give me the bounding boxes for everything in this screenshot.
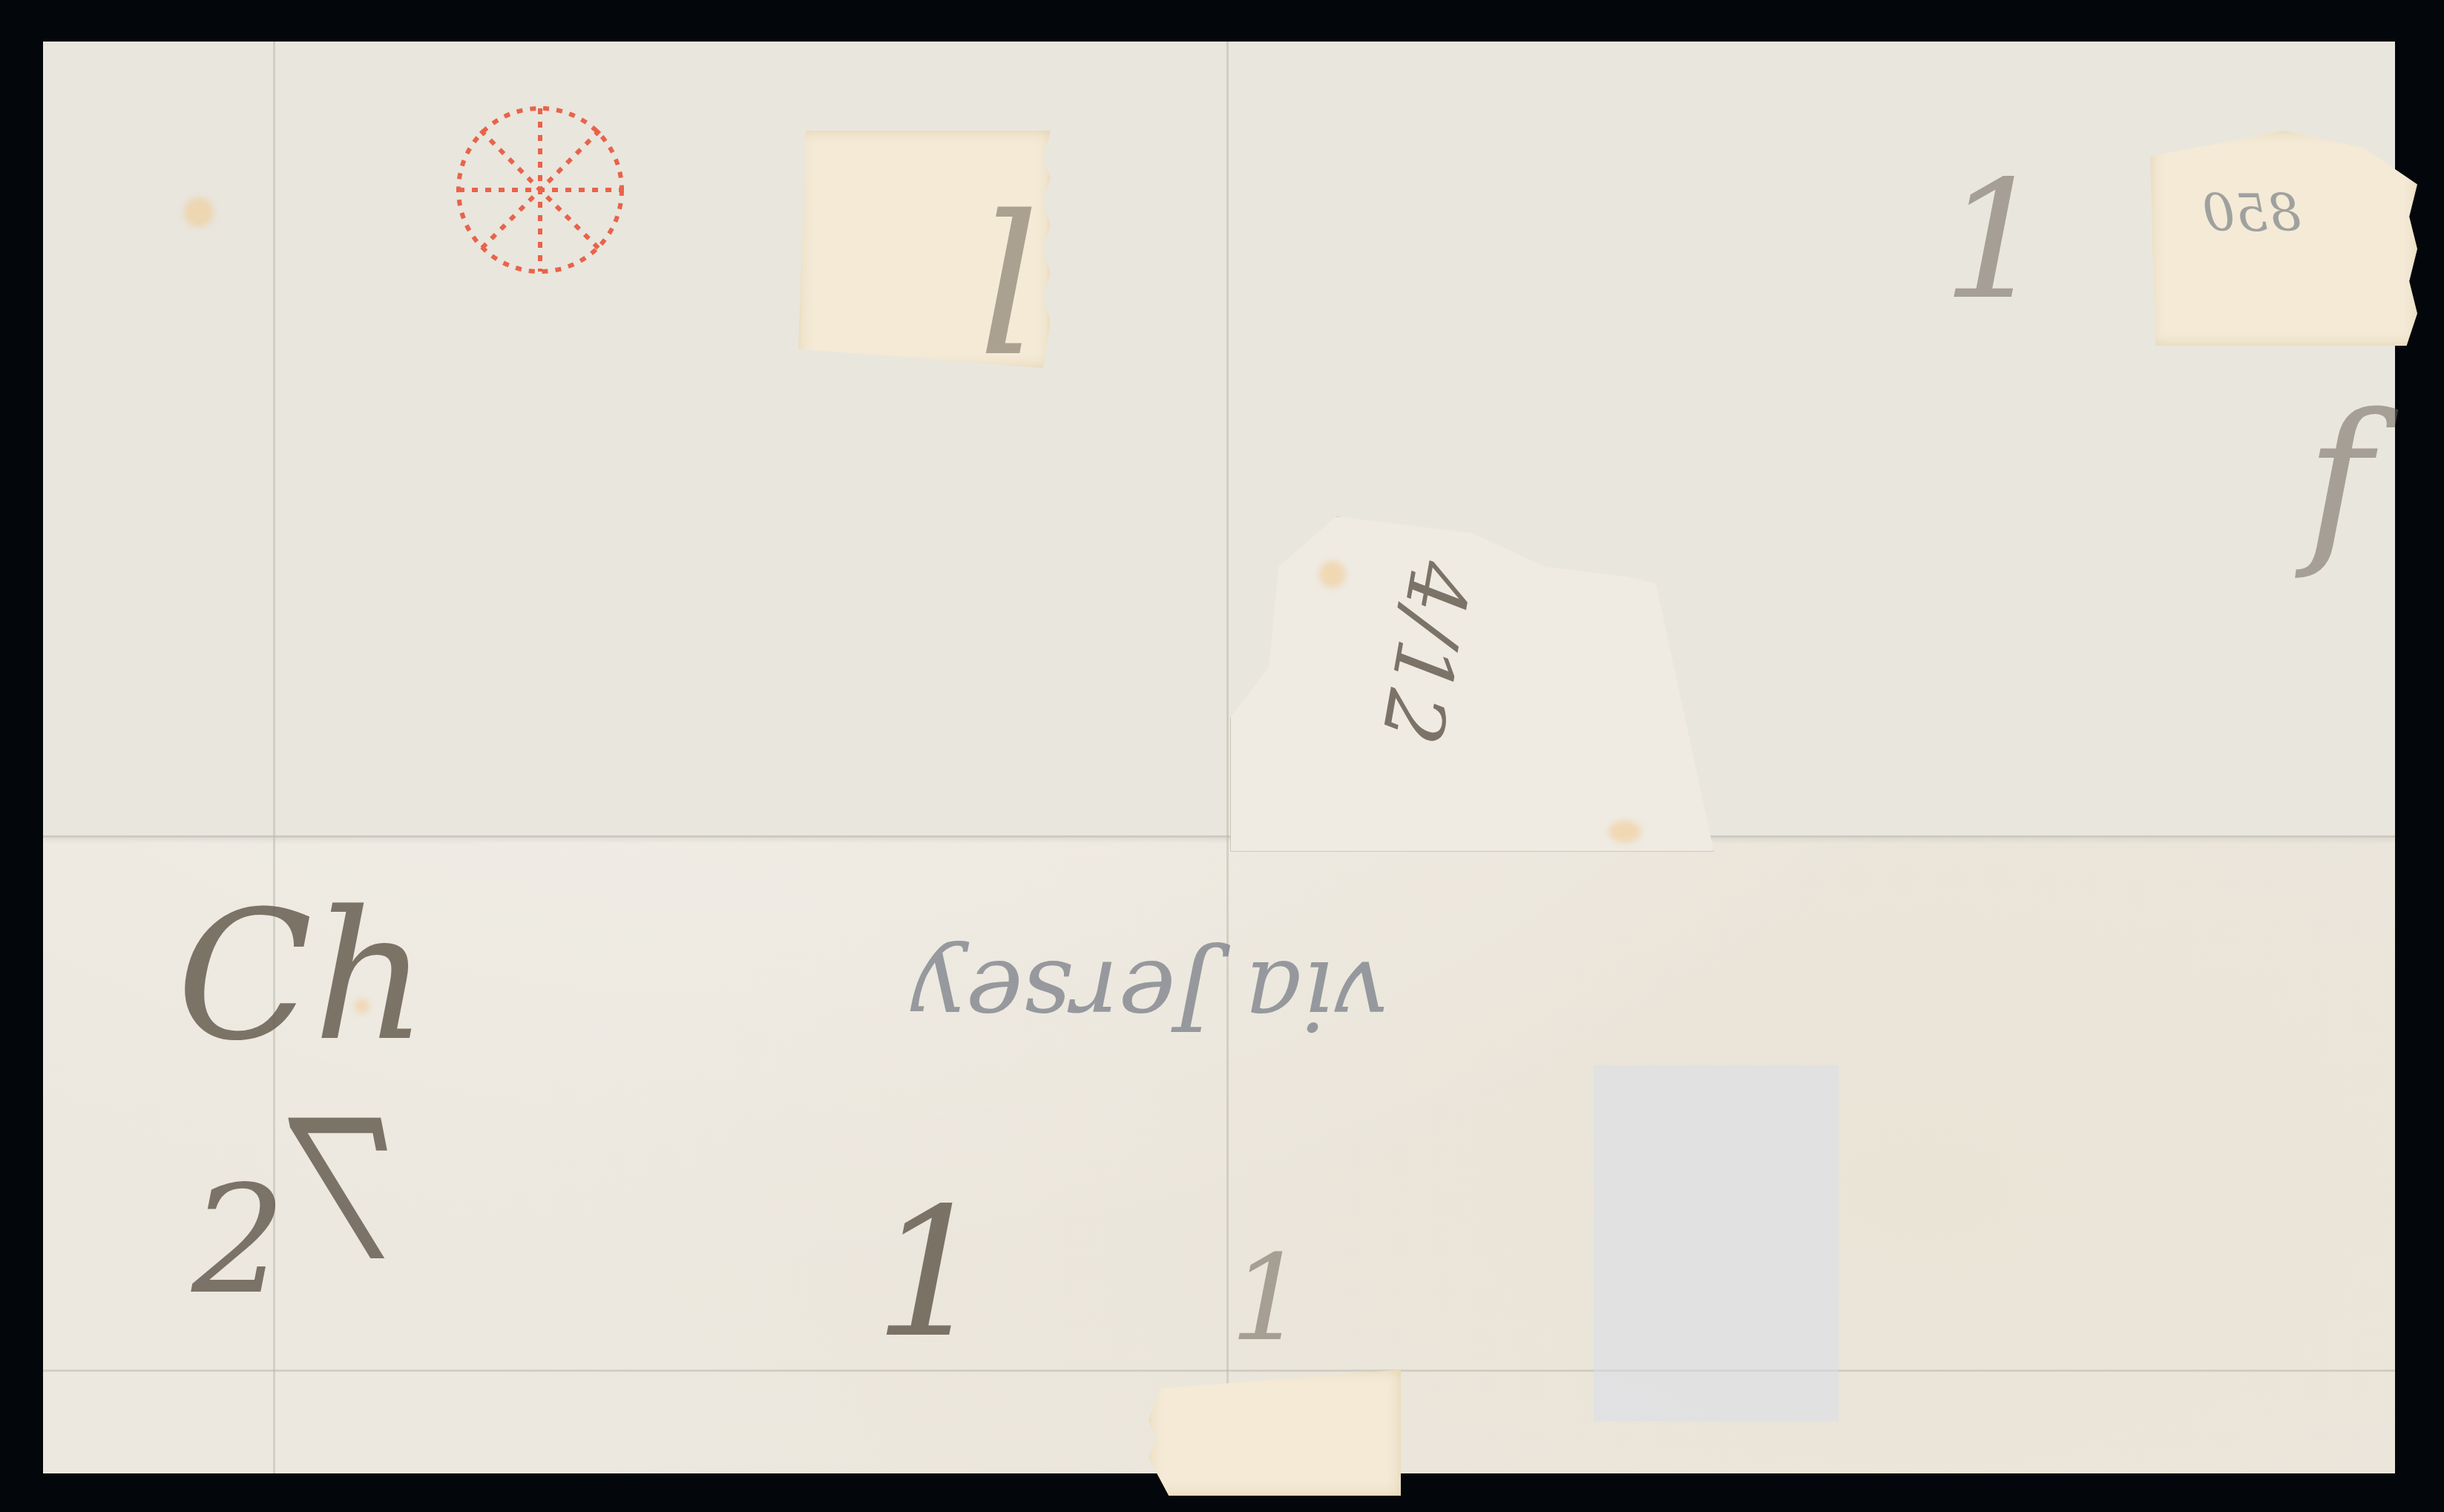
manuscript-bleed: 1 [1942, 145, 2046, 335]
manuscript-bleed: 1 [1230, 1229, 1306, 1367]
foxing-spot [1319, 561, 1346, 588]
paper-tone-patch [1594, 1065, 1839, 1421]
stamp-hinge: 850 [2150, 131, 2417, 346]
red-handstamp-graphic [392, 86, 689, 309]
manuscript-bleed: 1 [874, 1169, 988, 1377]
foxing-spot [1609, 821, 1641, 843]
stamp-hinge [1149, 1370, 1401, 1496]
pencil-routing-notation: via Jersey [911, 939, 1387, 1052]
manuscript-bleed: f [2306, 375, 2372, 583]
vertical-fold-center [1226, 42, 1229, 1473]
hinge-pencil-note: 850 [2202, 183, 2302, 243]
foxing-spot [184, 197, 214, 227]
manuscript-bleed: l [978, 175, 1039, 399]
manuscript-bleed: Ch [177, 872, 427, 1080]
manuscript-bleed: 2 [191, 1154, 286, 1327]
red-handstamp [392, 86, 689, 309]
manuscript-bleed: 7 [288, 1080, 410, 1304]
horizontal-fold-bottom [43, 1370, 2395, 1372]
folded-letter: 850 4/12 Ch 2 7 1 1 l 1 f via Jersey [43, 42, 2395, 1473]
